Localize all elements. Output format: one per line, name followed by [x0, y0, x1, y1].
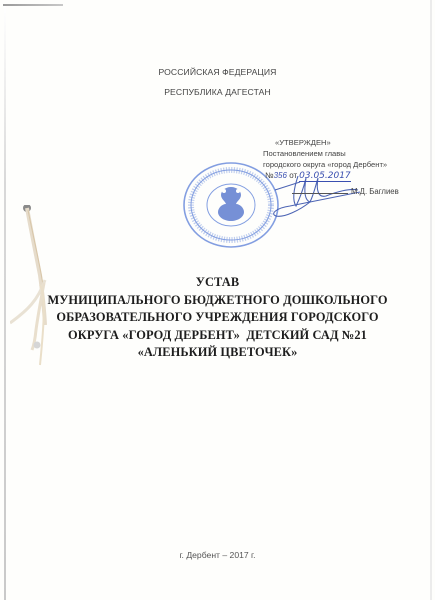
page-edge-top — [3, 4, 63, 6]
order-date: 03.05.2017 — [299, 171, 351, 182]
title-line-3: ОБРАЗОВАТЕЛЬНОГО УЧРЕЖДЕНИЯ ГОРОДСКОГО — [0, 309, 435, 327]
approval-line-1: Постановлением главы — [263, 148, 387, 159]
title-line-1: УСТАВ — [0, 274, 435, 292]
footer-place-year: г. Дербент – 2017 г. — [0, 550, 435, 560]
signer-name: М.Д. Баглиев — [351, 187, 399, 196]
order-date-prefix: от — [289, 171, 297, 180]
order-number-prefix: № — [265, 171, 274, 180]
order-number-line: №356 от03.05.2017 — [265, 171, 351, 181]
document-page: РОССИЙСКАЯ ФЕДЕРАЦИЯ РЕСПУБЛИКА ДАГЕСТАН… — [0, 0, 435, 600]
order-number: 356 — [274, 171, 287, 180]
title-line-4: ОКРУГА «ГОРОД ДЕРБЕНТ» ДЕТСКИЙ САД №21 — [0, 327, 435, 345]
title-line-2: МУНИЦИПАЛЬНОГО БЮДЖЕТНОГО ДОШКОЛЬНОГО — [0, 292, 435, 310]
header-republic: РЕСПУБЛИКА ДАГЕСТАН — [0, 87, 435, 97]
title-line-5: «АЛЕНЬКИЙ ЦВЕТОЧЕК» — [0, 344, 435, 362]
document-title: УСТАВ МУНИЦИПАЛЬНОГО БЮДЖЕТНОГО ДОШКОЛЬН… — [0, 274, 435, 362]
header-country: РОССИЙСКАЯ ФЕДЕРАЦИЯ — [0, 67, 435, 77]
signature-line — [292, 193, 348, 194]
approval-label: «УТВЕРЖДЕН» — [263, 137, 387, 148]
approval-block: «УТВЕРЖДЕН» Постановлением главы городск… — [263, 137, 387, 170]
